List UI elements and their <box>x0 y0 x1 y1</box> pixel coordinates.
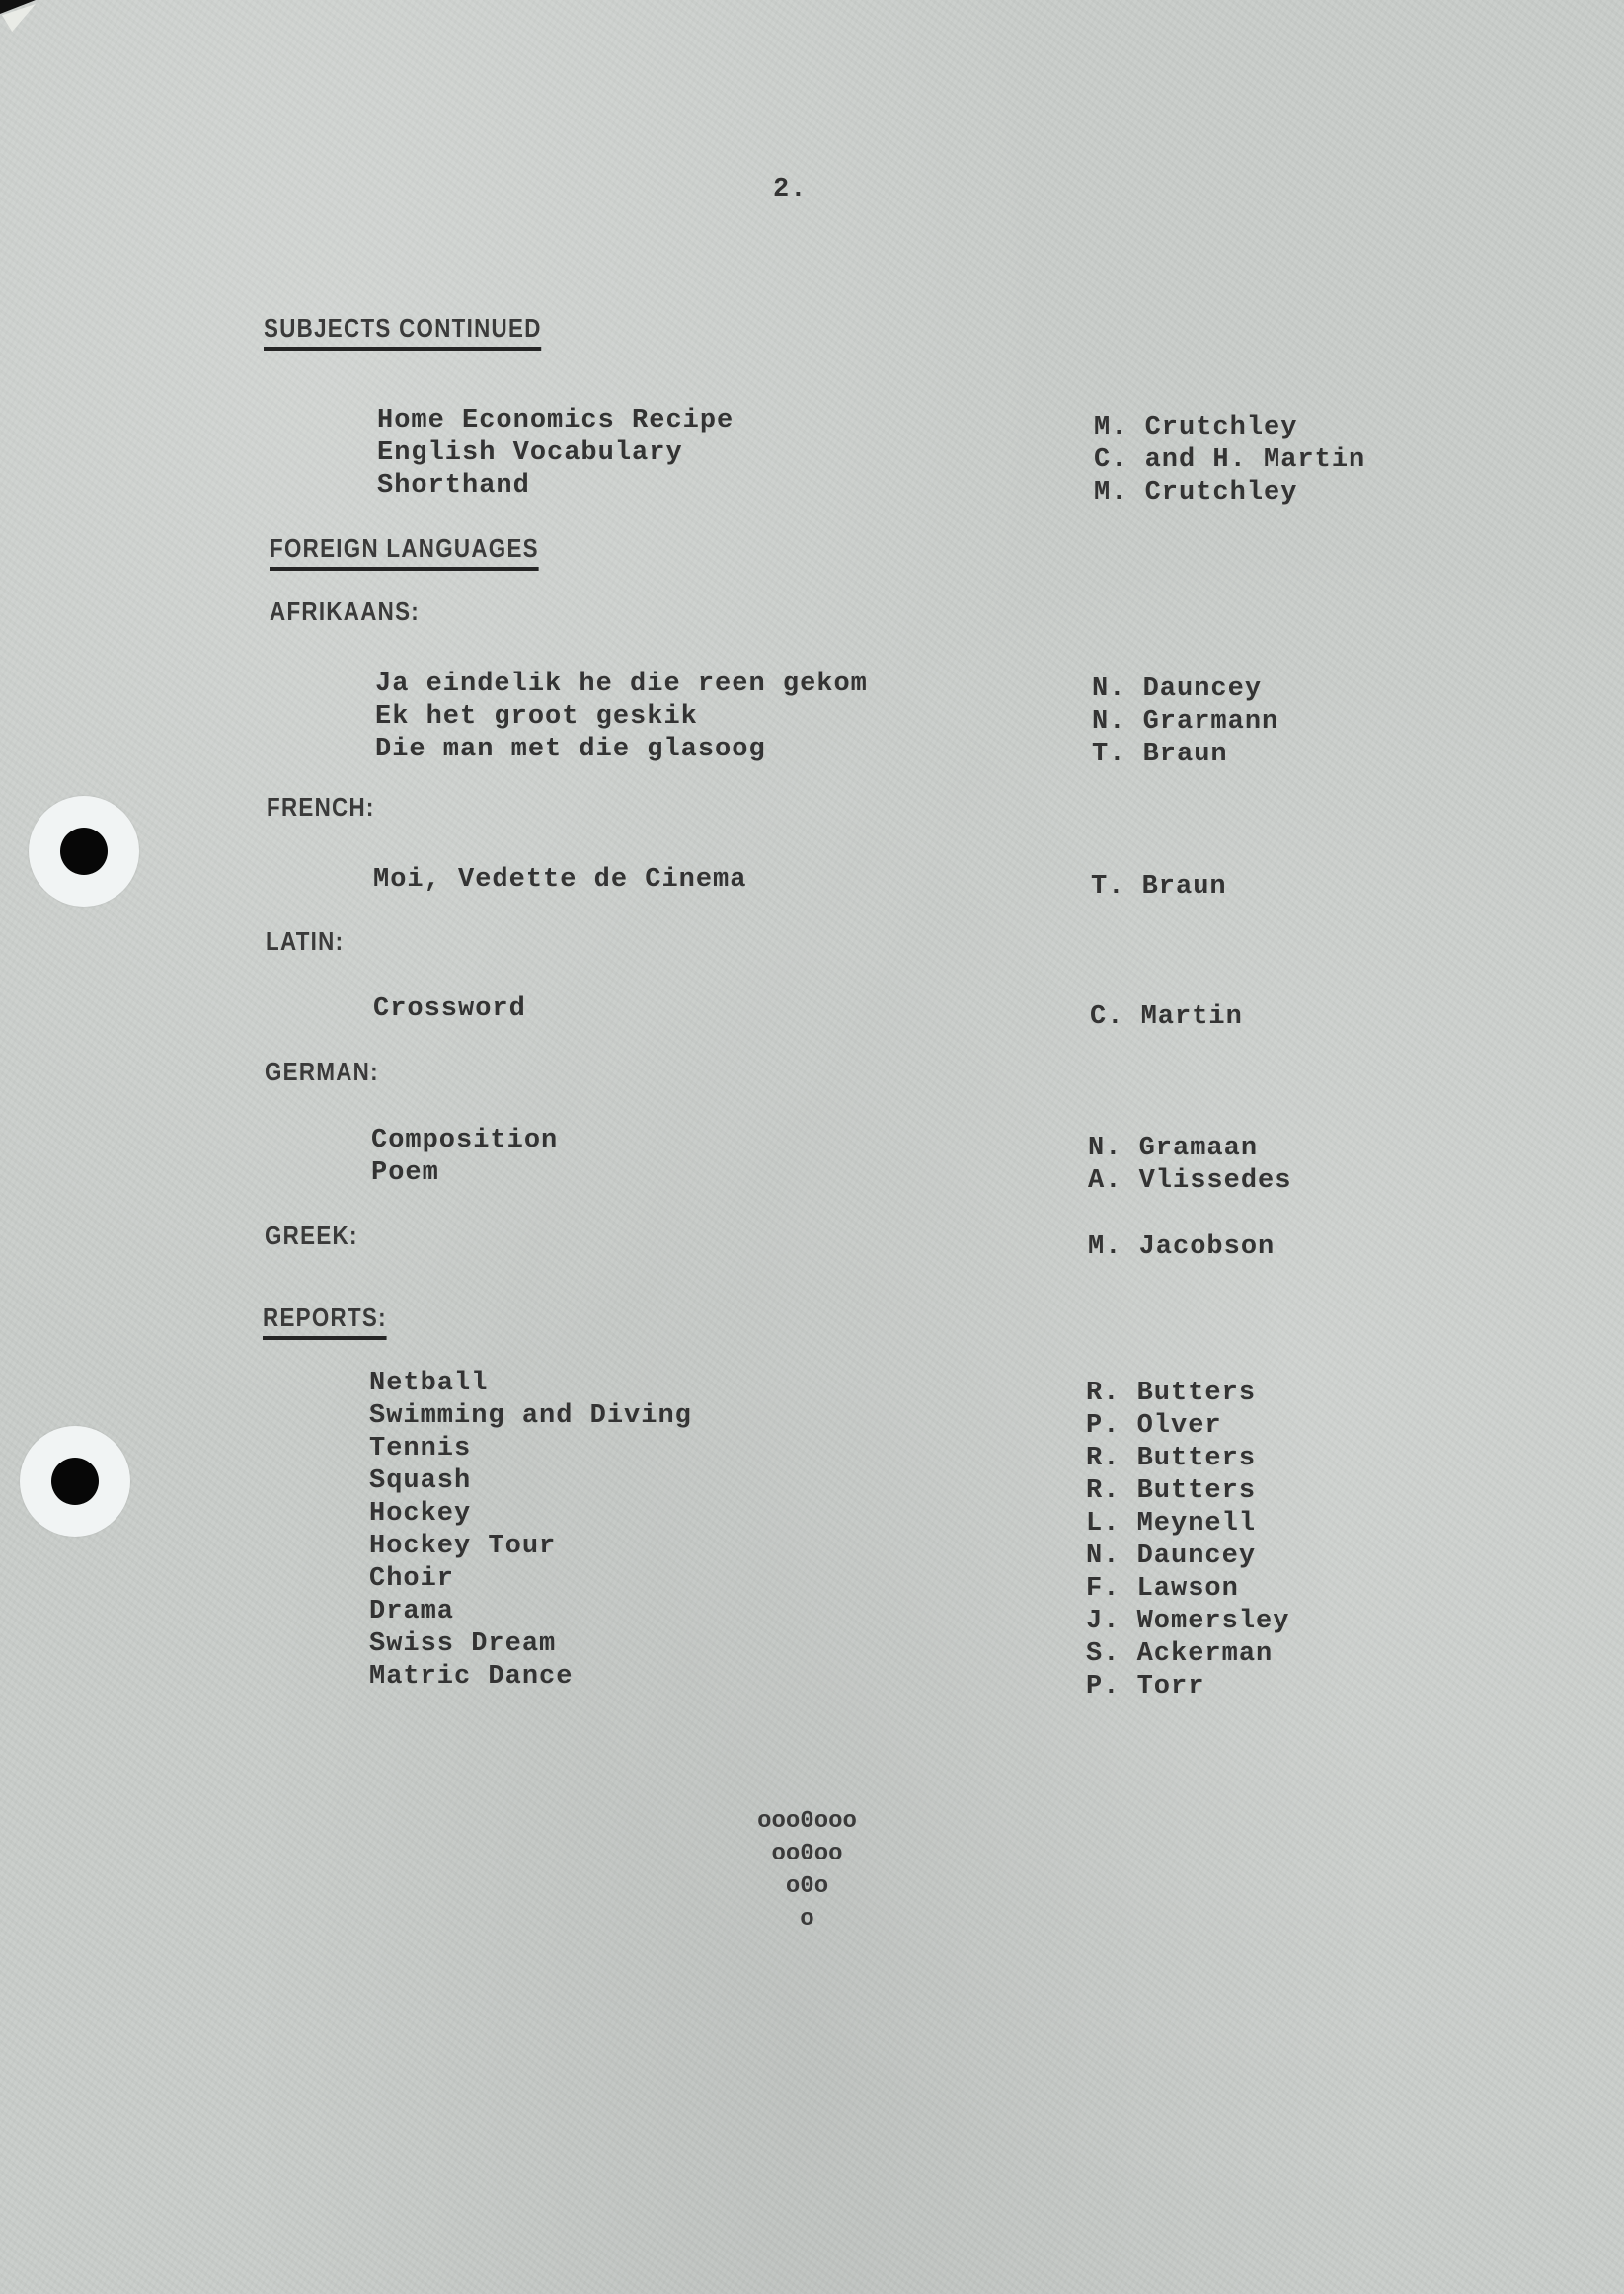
list-item-author: M. Crutchley <box>1094 412 1365 444</box>
afrikaans-titles: Ja eindelik he die reen gekom Ek het gro… <box>375 669 868 766</box>
list-item-author: R. Butters <box>1086 1443 1289 1475</box>
subheading-latin: LATIN: <box>266 925 344 958</box>
list-item-author: C. Martin <box>1090 1001 1243 1034</box>
list-item-author: J. Womersley <box>1086 1606 1289 1638</box>
list-item-author: P. Torr <box>1086 1671 1289 1703</box>
german-authors: N. Gramaan A. Vlissedes <box>1088 1133 1291 1198</box>
page-number: 2. <box>773 174 807 206</box>
reports-titles: Netball Swimming and Diving Tennis Squas… <box>369 1368 692 1694</box>
list-item-title: Poem <box>371 1157 558 1190</box>
list-item-title: Choir <box>369 1563 692 1596</box>
list-item-title: Drama <box>369 1596 692 1628</box>
punch-hole-center <box>51 1458 99 1505</box>
end-ornament-line: o0o <box>0 1870 1619 1903</box>
afrikaans-authors: N. Dauncey N. Grarmann T. Braun <box>1092 673 1278 771</box>
list-item-title: Hockey <box>369 1498 692 1531</box>
list-item-author: R. Butters <box>1086 1475 1289 1508</box>
list-item-author: A. Vlissedes <box>1088 1165 1291 1198</box>
list-item-title: Squash <box>369 1465 692 1498</box>
subjects-authors: M. Crutchley C. and H. Martin M. Crutchl… <box>1094 412 1365 510</box>
subheading-afrikaans: AFRIKAANS: <box>270 595 420 628</box>
list-item-title: Netball <box>369 1368 692 1400</box>
list-item-title: Home Economics Recipe <box>377 405 734 437</box>
list-item-author: N. Grarmann <box>1092 706 1278 739</box>
list-item-title: Swiss Dream <box>369 1628 692 1661</box>
subheading-french: FRENCH: <box>267 791 375 824</box>
list-item-title: Swimming and Diving <box>369 1400 692 1433</box>
list-item-title: Matric Dance <box>369 1661 692 1694</box>
list-item-title: Die man met die glasoog <box>375 734 868 766</box>
list-item-author: N. Gramaan <box>1088 1133 1291 1165</box>
list-item-author: L. Meynell <box>1086 1508 1289 1541</box>
list-item-author: S. Ackerman <box>1086 1638 1289 1671</box>
end-ornament-line: o <box>0 1903 1619 1936</box>
subheading-german: GERMAN: <box>265 1056 379 1088</box>
list-item-title: Moi, Vedette de Cinema <box>373 864 746 897</box>
german-titles: Composition Poem <box>371 1125 558 1190</box>
list-item-title: Tennis <box>369 1433 692 1465</box>
section-heading-reports: REPORTS: <box>263 1302 387 1340</box>
subjects-titles: Home Economics Recipe English Vocabulary… <box>377 405 734 503</box>
end-ornament-line: oo0oo <box>0 1838 1619 1870</box>
list-item-title: Ja eindelik he die reen gekom <box>375 669 868 701</box>
list-item-title: Ek het groot geskik <box>375 701 868 734</box>
list-item-author: C. and H. Martin <box>1094 444 1365 477</box>
end-ornament-line: ooo0ooo <box>0 1805 1619 1838</box>
reports-authors: R. Butters P. Olver R. Butters R. Butter… <box>1086 1378 1289 1703</box>
punch-hole-top <box>29 796 139 907</box>
section-heading-subjects-continued: SUBJECTS CONTINUED <box>264 312 542 351</box>
list-item-author: F. Lawson <box>1086 1573 1289 1606</box>
section-heading-foreign-languages: FOREIGN LANGUAGES <box>270 532 539 571</box>
list-item-title: Crossword <box>373 993 526 1026</box>
list-item-author: T. Braun <box>1091 871 1227 904</box>
list-item-author: M. Crutchley <box>1094 477 1365 510</box>
punch-hole-bottom <box>20 1426 130 1537</box>
list-item-title: English Vocabulary <box>377 437 734 470</box>
list-item-author: N. Dauncey <box>1092 673 1278 706</box>
list-item-title: Hockey Tour <box>369 1531 692 1563</box>
list-item-author: M. Jacobson <box>1088 1231 1275 1264</box>
punch-hole-center <box>60 828 108 875</box>
list-item-title: Composition <box>371 1125 558 1157</box>
list-item-author: N. Dauncey <box>1086 1541 1289 1573</box>
end-ornament: ooo0ooo oo0oo o0o o <box>0 1805 1619 1936</box>
list-item-title: Shorthand <box>377 470 734 503</box>
list-item-author: R. Butters <box>1086 1378 1289 1410</box>
list-item-author: T. Braun <box>1092 739 1278 771</box>
subheading-greek: GREEK: <box>265 1220 358 1252</box>
list-item-author: P. Olver <box>1086 1410 1289 1443</box>
